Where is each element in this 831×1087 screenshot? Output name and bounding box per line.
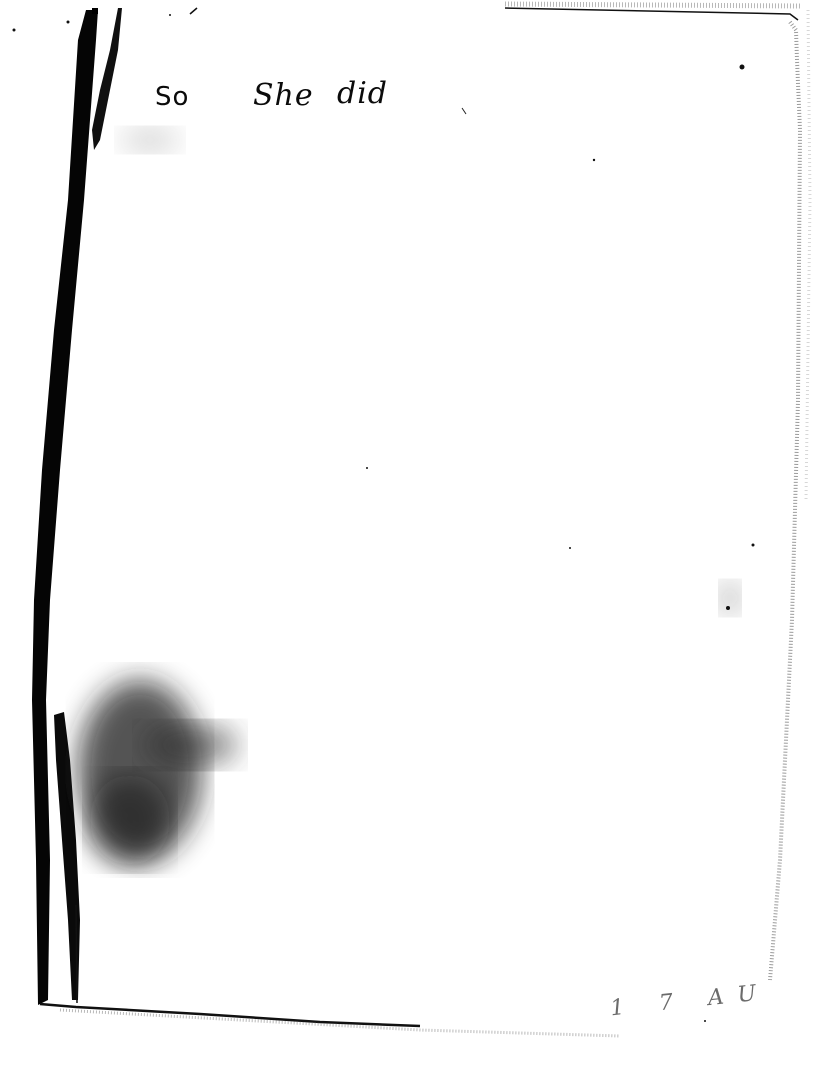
faint-stain-right (720, 582, 740, 614)
right-page-edge (770, 10, 810, 980)
speckle-near-text (120, 128, 180, 152)
handwritten-word: So (155, 82, 189, 112)
left-binding-shadow (32, 8, 122, 1005)
smudge-stain (78, 680, 238, 865)
bottom-page-edge (40, 1004, 620, 1036)
scan-artifacts (0, 0, 831, 1087)
scan-dust (13, 8, 755, 1022)
corner-marker (92, 8, 98, 14)
scanned-page: So She did 1 7 AU (0, 0, 831, 1087)
corner-marking: 1 7 AU (609, 980, 771, 1022)
handwritten-word: did (337, 76, 388, 111)
top-page-edge (505, 4, 800, 20)
handwritten-word: She (253, 78, 314, 113)
